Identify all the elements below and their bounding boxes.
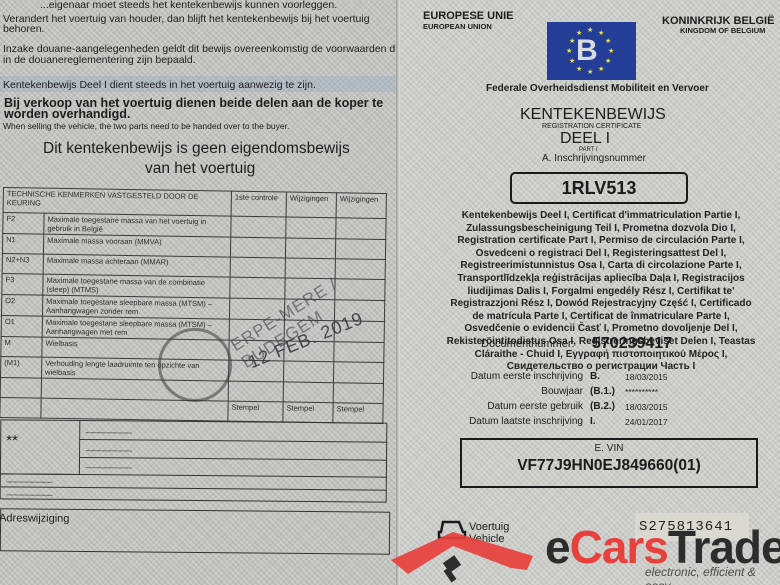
column-header: 1ste controle: [231, 191, 286, 217]
field-label: Datum eerste inschrijving: [471, 371, 583, 382]
vin-number: VF77J9HN0EJ849660(01): [462, 457, 756, 475]
text-line: in de douanereglementering zijn bepaald.: [3, 54, 196, 66]
registration-left-page: ...eigenaar moet steeds het kentekenbewi…: [0, 0, 398, 585]
row-code: O2: [1, 294, 42, 316]
ownership-title: Dit kentekenbewijs is geen eigendomsbewi…: [43, 140, 350, 158]
document-number: 570239417: [592, 335, 672, 353]
address-change-label: Adreswijziging: [0, 512, 69, 525]
english-notice: When selling the vehicle, the two parts …: [3, 121, 289, 131]
row-code: (M1): [1, 356, 42, 378]
dotted-line: ......................................: [85, 444, 132, 453]
column-header: Wijzigingen: [286, 192, 336, 218]
address-change-box: Adreswijziging: [0, 508, 390, 554]
field-code: B.: [590, 371, 600, 382]
double-star: **: [6, 432, 18, 449]
row-description: Maximale toegestane massa van het voertu…: [44, 213, 231, 237]
row-code: [0, 377, 41, 398]
sale-notice: worden overhandigd.: [4, 107, 130, 121]
row-code: F3: [2, 273, 43, 295]
row-description: Maximale toegestane sleepbare massa (MTS…: [42, 295, 229, 319]
agency-name: Federale Overheidsdienst Mobiliteit en V…: [486, 83, 709, 94]
eu-flag-icon: B ★ ★ ★ ★ ★ ★ ★ ★ ★ ★ ★ ★: [547, 22, 636, 80]
dotted-line: ......................................: [85, 461, 132, 470]
registration-number: 1RLV513: [510, 172, 688, 204]
row-code: F2: [3, 213, 44, 235]
field-value: **********: [625, 387, 658, 397]
eu-label-en: EUROPEAN UNION: [423, 22, 492, 31]
text-line: Verandert het voertuig van houder, dan b…: [3, 13, 370, 25]
stamp-label: Stempel: [333, 403, 383, 424]
row-code: O1: [1, 315, 42, 337]
row-code: N2+N3: [2, 253, 43, 274]
table-header: TECHNISCHE KENMERKEN VASTGESTELD DOOR DE…: [3, 188, 231, 217]
field-value: 24/01/2017: [625, 417, 668, 427]
ownership-title: van het voertuig: [145, 160, 255, 178]
owner-box: ** .....................................…: [0, 419, 387, 502]
vin-label: E. VIN: [462, 443, 756, 454]
text-line: behoren.: [3, 23, 44, 35]
kingdom-label-en: KINGDOM OF BELGIUM: [680, 26, 765, 35]
country-letter: B: [576, 34, 598, 68]
row-code: N1: [2, 234, 43, 255]
ecarstrade-tagline: electronic, efficient & easy: [645, 565, 780, 585]
stamp-label: Stempel: [283, 402, 333, 423]
field-code: I.: [590, 416, 596, 427]
field-value: 18/03/2015: [625, 372, 668, 382]
row-code: M: [1, 336, 42, 357]
field-label: Datum laatste inschrijving: [469, 416, 583, 427]
field-value: 18/03/2015: [625, 402, 668, 412]
dotted-line: ......................................: [6, 475, 53, 484]
stamp-label: Stempel: [228, 401, 283, 422]
field-label: Bouwjaar: [541, 386, 583, 397]
document-title-en: REGISTRATION CERTIFICATE: [542, 123, 641, 130]
official-seal-stamp: [158, 328, 232, 402]
row-description: Maximale toegestane massa van de combina…: [43, 274, 230, 298]
dotted-line: ......................................: [6, 488, 53, 497]
plate-label: A. Inschrijvingsnummer: [542, 153, 646, 164]
eu-label: EUROPESE UNIE: [423, 10, 513, 22]
page-fold: [396, 0, 400, 585]
field-code: (B.2.): [590, 401, 615, 412]
vin-box: E. VIN VF77J9HN0EJ849660(01): [460, 438, 758, 488]
field-label: Datum eerste gebruik: [487, 401, 583, 412]
document-title: KENTEKENBEWIJS: [520, 106, 666, 124]
column-header: Wijzigingen: [336, 193, 386, 219]
text-line: ...eigenaar moet steeds het kentekenbewi…: [40, 0, 337, 11]
vehicle-notice: Kentekenbewijs Deel I dient steeds in he…: [3, 79, 316, 91]
ecarstrade-logo-icon: [383, 528, 543, 583]
field-code: (B.1.): [590, 386, 615, 397]
document-number-label: Documentnummer:: [481, 338, 575, 350]
dotted-line: ......................................: [85, 426, 132, 435]
part-label: DEEL I: [560, 130, 610, 148]
